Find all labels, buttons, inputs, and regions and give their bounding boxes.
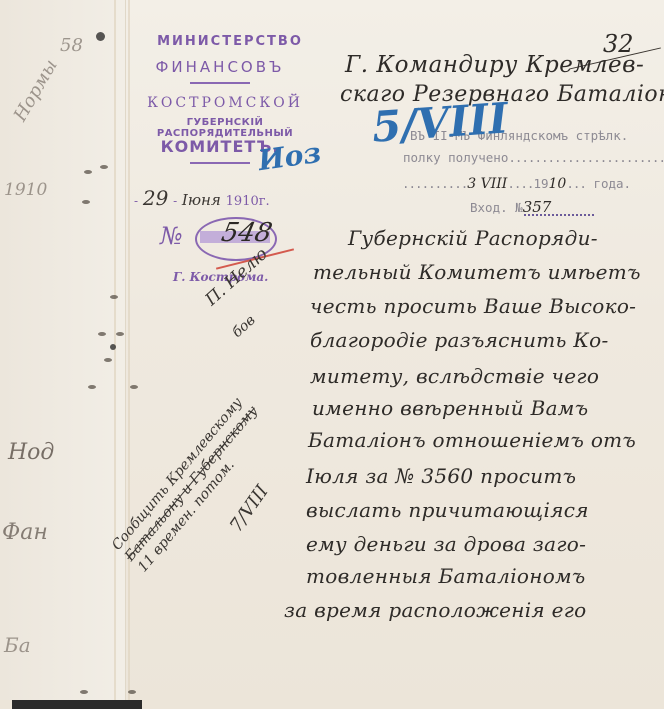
- binding-hole: [88, 385, 96, 389]
- receipt-received: полку получено: [403, 150, 508, 165]
- date-day: 29: [143, 186, 168, 210]
- binding-hole: [110, 344, 116, 350]
- body-line: Губернскiй Распоряди-: [348, 226, 598, 250]
- body-line: честь просить Ваше Высоко-: [310, 294, 636, 318]
- resolution-line: Батальону и Губернскому: [122, 403, 262, 565]
- number-value: 548: [219, 218, 275, 248]
- binding-hole: [82, 200, 90, 204]
- stamp-gubernsky: ГУБЕРНСКIЙ РАСПОРЯДИТЕЛЬНЫЙ: [120, 117, 330, 139]
- body-line: благородiе разъяснить Ко-: [310, 328, 609, 352]
- body-line: митету, вслѣдствiе чего: [310, 364, 599, 388]
- binding-hole: [110, 295, 118, 299]
- receipt-suffix: года.: [593, 176, 631, 191]
- binding-hole: [98, 332, 106, 336]
- margin-resolution: Сообщить Кремлевскому Батальону и Губерн…: [109, 392, 275, 576]
- binding-hole: [80, 690, 88, 694]
- binding-hole: [128, 690, 136, 694]
- receipt-underline: [524, 213, 594, 216]
- body-line: товленныя Баталiономъ: [306, 564, 586, 588]
- binding-hole: [116, 332, 124, 336]
- stamp-kostroma: КОСТРОМСКОЙ: [130, 95, 320, 111]
- body-line: за время расположенiя его: [284, 598, 587, 622]
- stamp-rule: [190, 82, 250, 84]
- binding-hole: [96, 32, 105, 41]
- margin-note: бов: [229, 312, 258, 341]
- receipt-date: 3 VIII: [467, 176, 507, 192]
- binding-hole: [104, 358, 112, 362]
- binding-hole: [100, 165, 108, 169]
- side-note: 1910: [4, 180, 47, 200]
- body-line: именно ввѣренный Вамъ: [312, 396, 588, 420]
- date-month: Iюня: [182, 191, 221, 209]
- side-note: 58: [60, 35, 83, 56]
- resolution-date: 7/VIII: [226, 481, 273, 536]
- stamp-finance: ФИНАНСОВЪ: [120, 58, 320, 76]
- receipt-year: 19: [533, 176, 548, 191]
- body-line: выслать причитающiяся: [306, 498, 589, 522]
- body-line: Iюля за № 3560 проситъ: [306, 464, 576, 488]
- binding-hole: [84, 170, 92, 174]
- stamp-ornament: [190, 162, 250, 164]
- scan-edge: [12, 700, 142, 709]
- side-note: Ба: [4, 633, 31, 657]
- document-page: 58 Нормы 1910 Нод Фан Ба МИНИСТЕРСТВО ФИ…: [0, 0, 664, 709]
- receipt-line-3: ..........3 VIII....1910... года.: [402, 176, 631, 192]
- date-prefix: -: [134, 194, 138, 208]
- side-note: Нод: [8, 440, 54, 465]
- fold-line: [114, 0, 116, 709]
- date-year: 1910г.: [226, 194, 270, 209]
- addressee-line-1: Г. Командиру Кремлев-: [345, 52, 644, 78]
- receipt-year-hand: 10: [549, 176, 567, 192]
- number-label: №: [160, 222, 183, 250]
- side-note: Фан: [2, 520, 48, 545]
- body-line: тельный Комитетъ имѣетъ: [313, 260, 641, 284]
- binding-hole: [130, 385, 138, 389]
- stamp-ministry: МИНИСТЕРСТВО: [140, 34, 320, 49]
- body-line: Баталiонъ отношенiемъ отъ: [308, 428, 636, 452]
- body-line: ему деньги за дрова заго-: [306, 532, 586, 556]
- receipt-entry-label: Вход. №: [470, 200, 523, 215]
- blue-pencil-date: 5/VIII: [370, 93, 509, 151]
- receipt-line-2: полку получено..........................…: [403, 150, 664, 165]
- letter-date: - 29 - Iюня 1910г.: [134, 186, 270, 210]
